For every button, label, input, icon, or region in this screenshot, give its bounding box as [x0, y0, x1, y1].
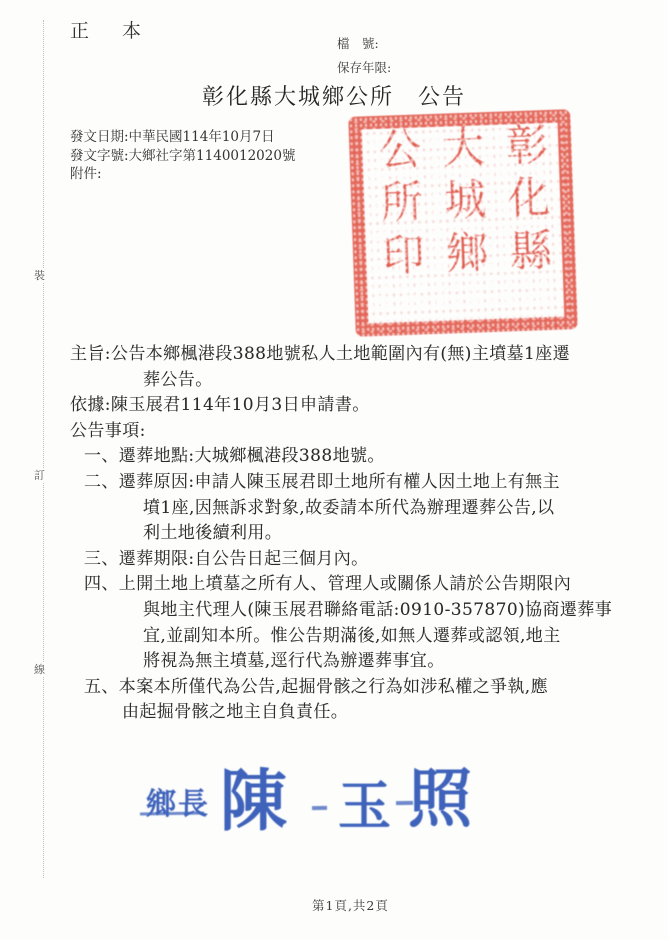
document-title: 彰化縣大城鄉公所 公告 [0, 80, 668, 111]
body-line: 一、遷葬地點:大城鄉楓港段388地號。 [84, 444, 668, 470]
body-line: 葬公告。 [143, 368, 668, 394]
issue-date: 發文日期:中華民國114年10月7日 [70, 128, 295, 147]
body-line: 二、遷葬原因:申請人陳玉展君即土地所有權人因土地上有無主 [84, 470, 668, 496]
signature-underline [140, 811, 204, 815]
signature-name-char: 照 [408, 748, 472, 840]
copy-type-label: 正 本 [70, 16, 148, 43]
body-line: 五、本案本所僅代為公告,起掘骨骸之行為如涉私權之爭執,應 [84, 675, 668, 701]
doc-number: 發文字號:大鄉社字第1140012020號 [70, 147, 295, 166]
file-number-block: 檔 號: 保存年限: [337, 32, 391, 80]
signature-title: 鄉長 [146, 779, 210, 823]
seal-text-grid: 彰化縣 大城鄉 公所印 [368, 125, 559, 321]
page-number-footer: 第1頁,共2頁 [312, 896, 389, 914]
body-line: 由起掘骨骸之地主自負責任。 [122, 700, 668, 726]
body-line: 墳1座,因無訴求對象,故委請本所代為辦理遷葬公告,以 [143, 496, 668, 522]
signature-name-char: 陳 [220, 748, 287, 844]
body-line: 利土地後續利用。 [143, 521, 668, 547]
seal-column-2: 大城鄉 [431, 123, 495, 322]
body-line: 四、上開土地上墳墓之所有人、管理人或關係人請於公告期限內 [84, 572, 668, 598]
retention-period-label: 保存年限: [337, 56, 391, 80]
signature-underline [396, 801, 413, 805]
seal-column-3: 公所印 [368, 125, 432, 324]
body-line: 將視為無主墳墓,逕行代為辦遷葬事宜。 [143, 649, 668, 675]
body-line: 依據:陳玉展君114年10月3日申請書。 [70, 393, 668, 419]
document-meta-block: 發文日期:中華民國114年10月7日 發文字號:大鄉社字第1140012020號… [70, 128, 295, 184]
body-line: 公告事項: [70, 419, 668, 445]
body-line: 三、遷葬期限:自公告日起三個月內。 [84, 547, 668, 573]
file-number-label: 檔 號: [337, 32, 391, 56]
announcement-document-page: 裝 訂 線 正 本 檔 號: 保存年限: 彰化縣大城鄉公所 公告 發文日期:中華… [0, 0, 668, 940]
attachment-label: 附件: [70, 165, 295, 184]
official-red-seal: 彰化縣 大城鄉 公所印 [348, 109, 578, 337]
signature-underline [312, 806, 327, 810]
seal-column-1: 彰化縣 [495, 121, 559, 320]
body-line: 與地主代理人(陳玉展君聯絡電話:0910-357870)協商遷葬事 [143, 598, 668, 624]
document-body: 主旨:公告本鄉楓港段388地號私人土地範圍內有(無)主墳墓1座遷 葬公告。 依據… [0, 342, 668, 726]
body-line: 主旨:公告本鄉楓港段388地號私人土地範圍內有(無)主墳墓1座遷 [70, 342, 668, 368]
binding-mark-zhuang: 裝 [34, 268, 45, 283]
body-line: 宜,並副知本所。惟公告期滿後,如無人遷葬或認領,地主 [143, 624, 668, 650]
signature-name-char: 玉 [338, 764, 391, 840]
